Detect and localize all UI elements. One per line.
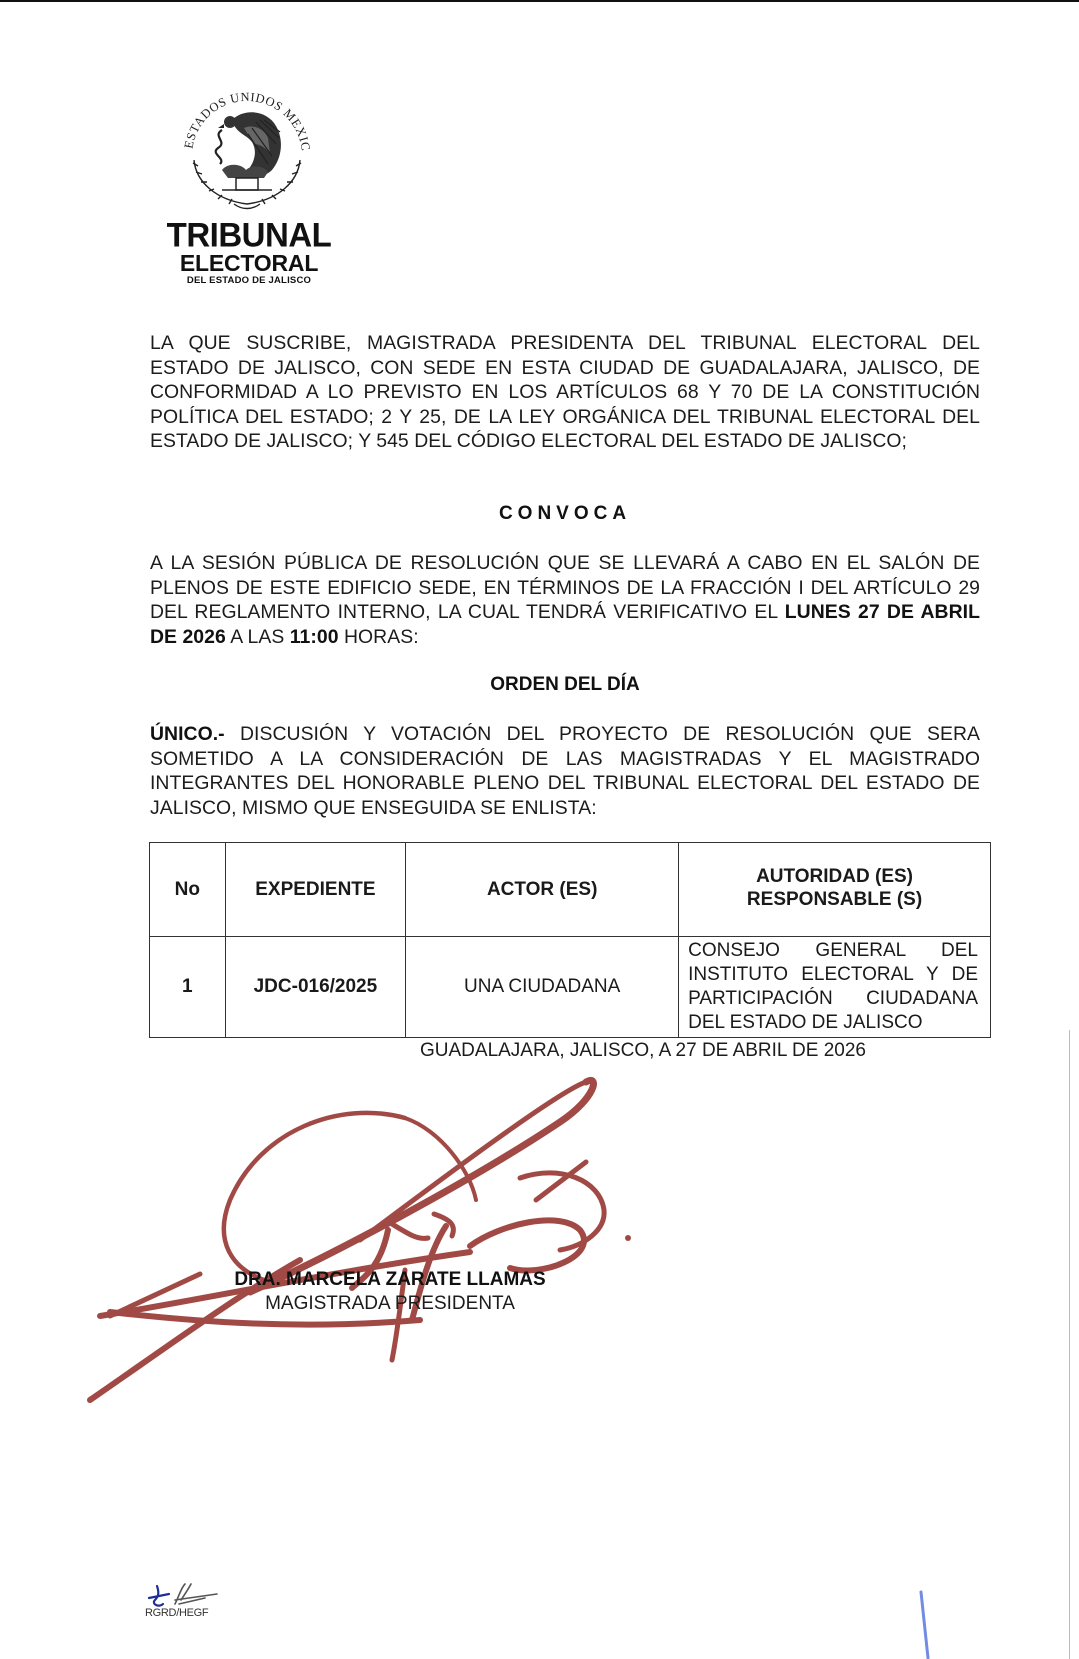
session-paragraph: A LA SESIÓN PÚBLICA DE RESOLUCIÓN QUE SE… <box>150 551 980 649</box>
letterhead-title-electoral: ELECTORAL <box>158 252 340 274</box>
orden-del-dia-heading: ORDEN DEL DÍA <box>150 674 980 696</box>
letterhead-title: TRIBUNAL ELECTORAL DEL ESTADO DE JALISCO <box>158 218 340 288</box>
unico-text: DISCUSIÓN Y VOTACIÓN DEL PROYECTO DE RES… <box>150 723 980 819</box>
unico-paragraph: ÚNICO.- DISCUSIÓN Y VOTACIÓN DEL PROYECT… <box>150 722 980 820</box>
cell-no: 1 <box>150 937 226 1038</box>
mexican-coat-of-arms-icon: ESTADOS UNIDOS MEXICANOS <box>172 78 322 226</box>
signer-title: MAGISTRADA PRESIDENTA <box>200 1293 580 1315</box>
table-row: 1 JDC-016/2025 UNA CIUDADANA CONSEJO GEN… <box>150 937 991 1038</box>
letterhead-title-tribunal: TRIBUNAL <box>158 217 340 253</box>
preamble-paragraph: LA QUE SUSCRIBE, MAGISTRADA PRESIDENTA D… <box>150 331 980 454</box>
header-expediente: EXPEDIENTE <box>225 843 406 937</box>
session-time: 11:00 <box>290 626 339 648</box>
unico-label: ÚNICO.- <box>150 723 225 745</box>
table-header-row: No EXPEDIENTE ACTOR (ES) AUTORIDAD (ES) … <box>150 843 991 937</box>
letterhead-subtitle: DEL ESTADO DE JALISCO <box>158 274 340 288</box>
cell-expediente: JDC-016/2025 <box>225 937 406 1038</box>
header-no: No <box>150 843 226 937</box>
pen-stroke-mark-icon <box>918 1590 932 1659</box>
cell-autoridad: CONSEJO GENERAL DEL INSTITUTO ELECTORAL … <box>679 937 991 1038</box>
page-right-edge <box>1069 1030 1070 1659</box>
page-top-edge <box>0 0 1079 2</box>
session-at: A LAS <box>230 626 284 648</box>
convoca-heading: CONVOCA <box>150 503 980 525</box>
header-autoridad: AUTORIDAD (ES) RESPONSABLE (S) <box>679 843 991 937</box>
session-hours: HORAS: <box>344 626 419 648</box>
cell-actor: UNA CIUDADANA <box>406 937 679 1038</box>
handwritten-signature-icon <box>0 1060 700 1420</box>
initials-text: RGRD/HEGF <box>145 1607 208 1619</box>
signer-name: DRA. MARCELA ZARATE LLAMAS <box>200 1269 580 1291</box>
place-date: GUADALAJARA, JALISCO, A 27 DE ABRIL DE 2… <box>420 1040 866 1062</box>
agenda-table: No EXPEDIENTE ACTOR (ES) AUTORIDAD (ES) … <box>149 842 991 1038</box>
header-actor: ACTOR (ES) <box>406 843 679 937</box>
